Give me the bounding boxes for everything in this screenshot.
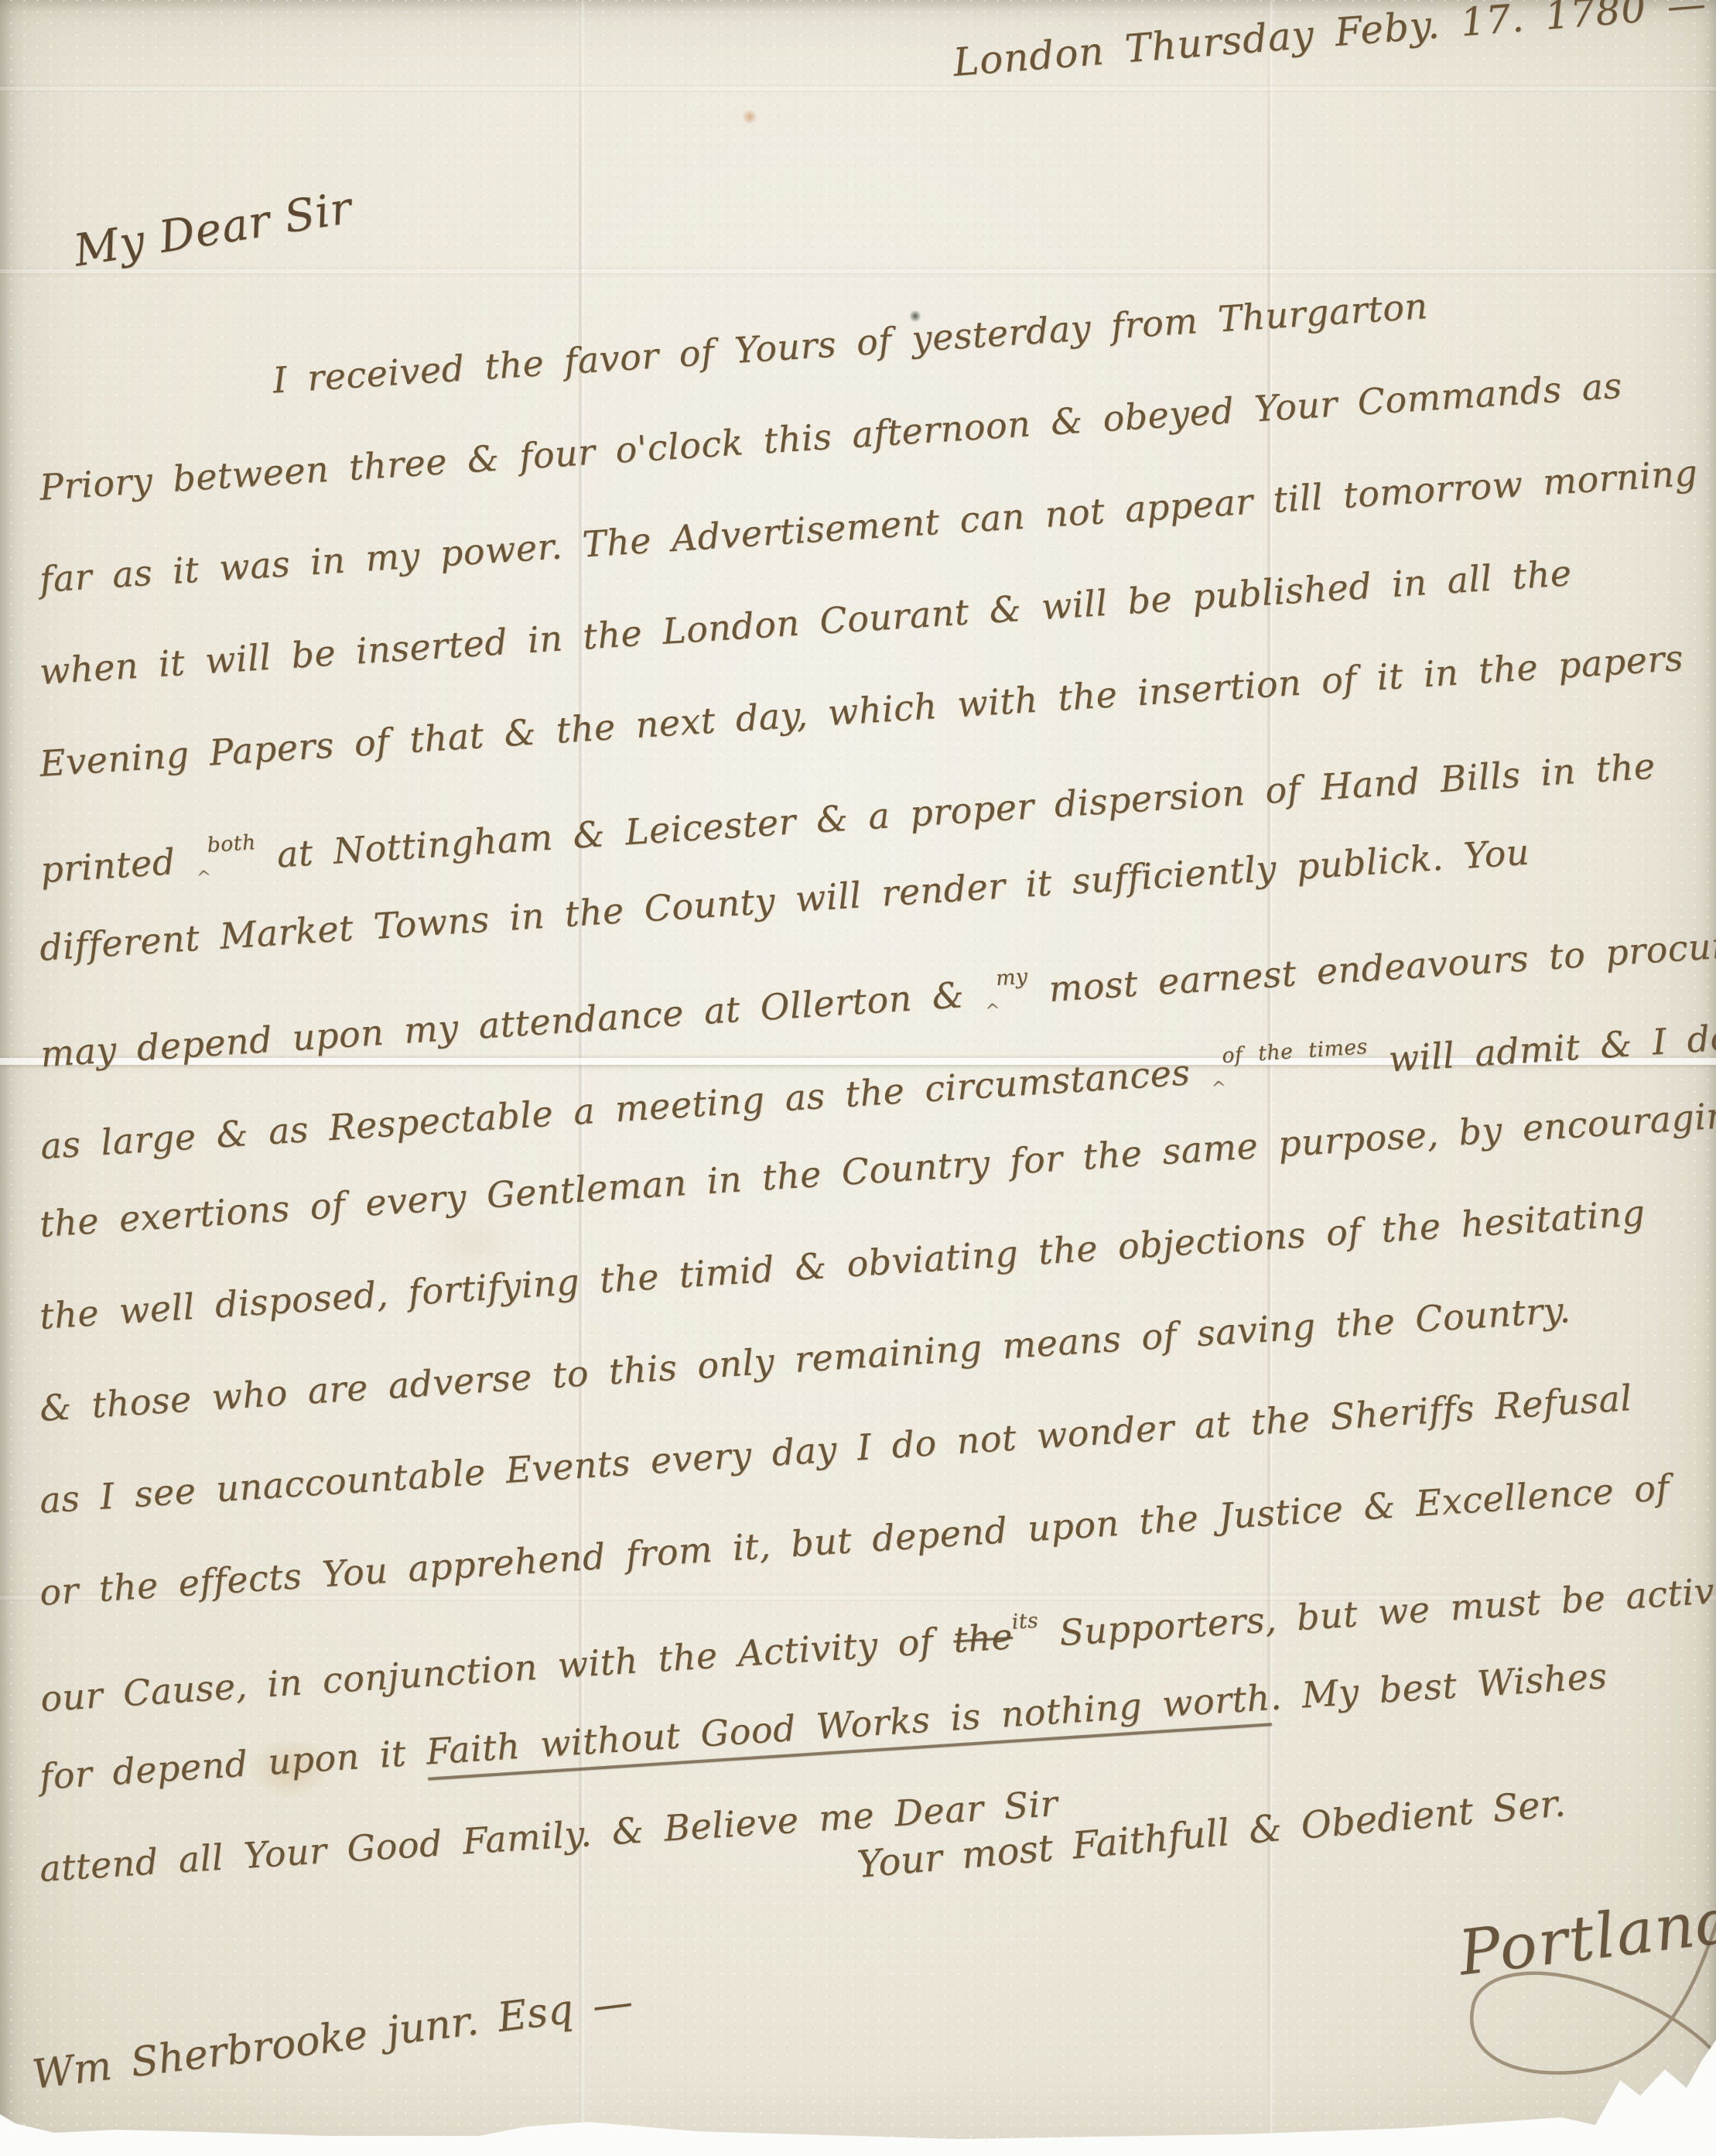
letter-text-segment: ^ [985,1001,1001,1022]
dateline: London Thursday Feby. 17. 1780 — [952,0,1708,85]
letter-text-segment: for depend upon it [38,1731,427,1798]
letter-paper: London Thursday Feby. 17. 1780 — My Dear… [0,0,1716,2156]
salutation: My Dear Sir [70,183,356,277]
letter-text-segment: the [952,1615,1014,1661]
letter-text-segment: will admit & I doubt not [1367,1007,1716,1081]
interlinear-insertion: its [1011,1609,1039,1634]
interlinear-insertion: both [207,830,257,857]
fold-crease-horizontal-top [0,87,1716,91]
interlinear-insertion: of the times [1221,1035,1368,1068]
letter-text-segment: ^ [1211,1078,1227,1099]
letter-text-segment: printed [39,839,197,891]
letter-text-segment: . My best Wishes [1269,1655,1608,1718]
addressee-line: Wm Sherbrooke junr. Esq — [29,1979,635,2099]
letter-body: I received the favor of Yours of yesterd… [40,350,1697,1915]
interlinear-insertion: my [995,964,1028,991]
foxing-spot [741,110,758,124]
letter-text-segment: ^ [196,868,212,888]
